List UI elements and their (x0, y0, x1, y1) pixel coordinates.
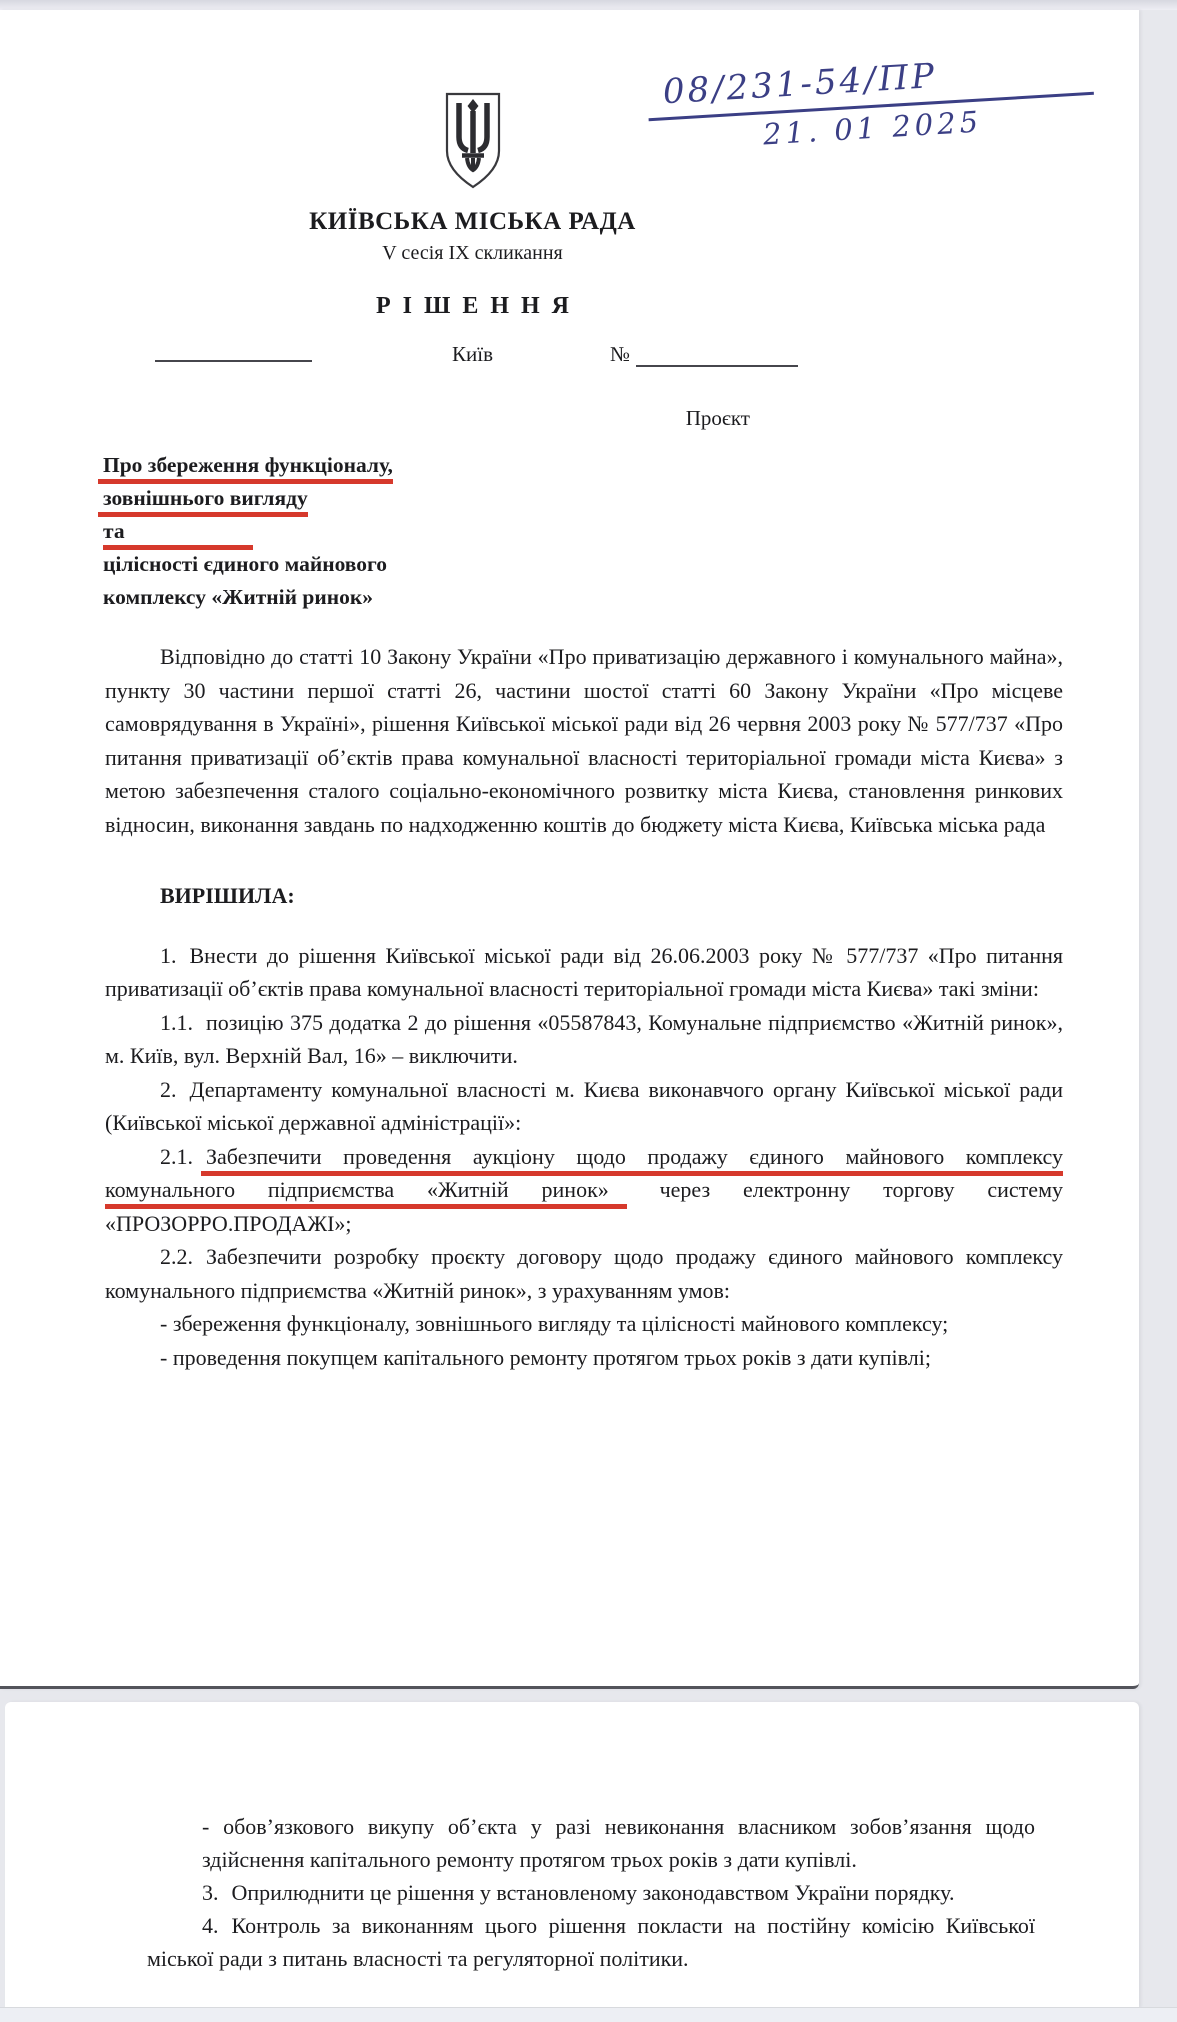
date-city-number-row: Київ № (100, 342, 845, 370)
ukraine-trident-emblem (441, 90, 505, 192)
item-1: 1.Внести до рішення Київської міської ра… (105, 939, 1063, 1006)
decision-title: Про збереження функціоналу, зовнішнього … (103, 449, 443, 614)
number-group: № (610, 342, 798, 367)
document-body-continued: - обов’язкового викупу об’єкта у разі не… (5, 1702, 1035, 1975)
session-line: V сесія IX скликання (100, 242, 845, 265)
item-text: позицію 375 додатка 2 до рішення «055878… (105, 1010, 1063, 1069)
document-body: Відповідно до статті 10 Закону України «… (105, 640, 1063, 1374)
item-text: Оприлюднити це рішення у встановленому з… (232, 1880, 955, 1905)
title-line-underlined: Про збереження функціоналу, (98, 453, 393, 484)
title-line: цілісності єдиного майнового (103, 552, 387, 576)
item-number: 2.1. (160, 1144, 193, 1169)
document-page-1: 08/231-54/ПР 21. 01 2025 КИЇВСЬКА МІСЬКА… (0, 10, 1139, 1689)
item-number: 1.1. (160, 1010, 193, 1035)
viewer-top-gutter (0, 0, 1177, 10)
item-3: 3.Оприлюднити це рішення у встановленому… (147, 1876, 1035, 1909)
item-text: Забезпечити розробку проєкту договору що… (105, 1244, 1063, 1303)
condition-item: - проведення покупцем капітального ремон… (160, 1341, 1063, 1375)
title-line: комплексу «Житній ринок» (103, 585, 373, 609)
condition-item: - збереження функціоналу, зовнішнього ви… (160, 1307, 1063, 1341)
document-viewer-screen: { "colors": { "accent_red": "#d6392c", "… (0, 0, 1177, 2022)
project-label: Проєкт (100, 406, 750, 431)
item-2: 2.Департаменту комунальної власності м. … (105, 1073, 1063, 1140)
organization-name: КИЇВСЬКА МІСЬКА РАДА (100, 208, 845, 236)
title-line-underlined: зовнішнього вигляду та (98, 486, 308, 550)
item-text: Контроль за виконанням цього рішення пок… (147, 1913, 1035, 1971)
resolved-heading: ВИРІШИЛА: (160, 879, 1063, 913)
item-4: 4.Контроль за виконанням цього рішення п… (147, 1909, 1035, 1975)
document-page-2: - обов’язкового викупу об’єкта у разі не… (5, 1702, 1139, 2008)
handwritten-registration: 08/231-54/ПР 21. 01 2025 (646, 47, 1096, 158)
item-1-1: 1.1.позицію 375 додатка 2 до рішення «05… (105, 1006, 1063, 1073)
item-number: 1. (160, 943, 177, 968)
condition-item: - обов’язкового викупу об’єкта у разі не… (202, 1810, 1035, 1876)
number-sign: № (610, 342, 630, 367)
item-text: Внести до рішення Київської міської ради… (105, 943, 1063, 1002)
number-blank-line (636, 343, 798, 367)
viewer-bottom-gutter (0, 2007, 1177, 2022)
item-number: 2.2. (160, 1244, 193, 1269)
item-2-2: 2.2.Забезпечити розробку проєкту договор… (105, 1240, 1063, 1307)
item-number: 3. (202, 1880, 219, 1905)
item-text: Департаменту комунальної власності м. Ки… (105, 1077, 1063, 1136)
item-2-1: 2.1.Забезпечити проведення аукціону щодо… (105, 1140, 1063, 1241)
document-type-heading: РІШЕННЯ (100, 293, 845, 320)
item-number: 2. (160, 1077, 177, 1102)
item-number: 4. (202, 1913, 219, 1938)
preamble-paragraph: Відповідно до статті 10 Закону України «… (105, 640, 1063, 841)
